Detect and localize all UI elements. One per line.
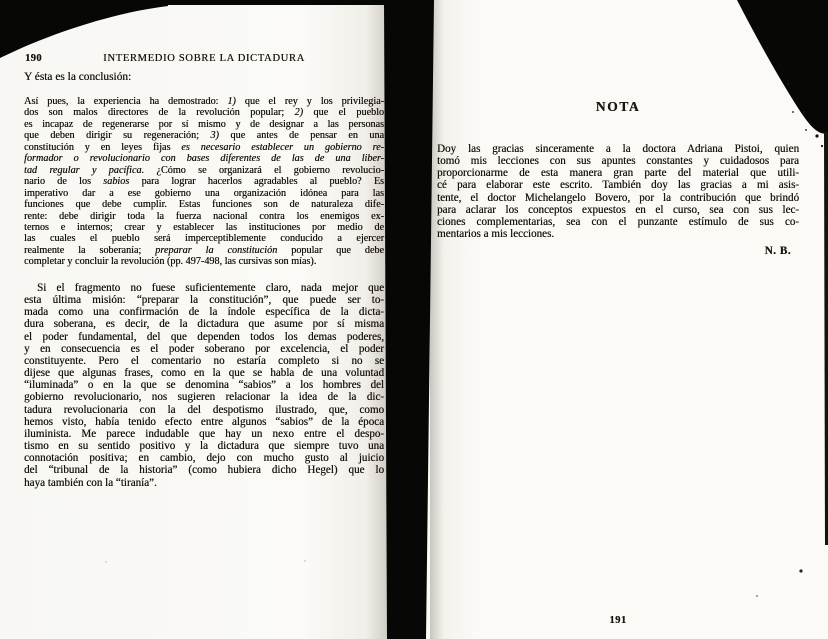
- text-line: constituyente. Pero el comentario no est…: [24, 355, 384, 367]
- block-quote: Así pues, la experiencia ha demostrado: …: [24, 96, 384, 268]
- text-line: gobierno revolucionario, nos sugieren re…: [24, 391, 384, 403]
- book-scan: 190 INTERMEDIO SOBRE LA DICTADURA Y ésta…: [0, 0, 828, 639]
- text-line: connotación positiva; en cambio, dejo co…: [24, 452, 384, 464]
- text-line: iluminista. Me parece indudable que hay …: [24, 428, 384, 440]
- text-line: realmente la soberanía; preparar la cons…: [24, 245, 384, 256]
- text-line: tad regular y pacífica. ¿Cómo se organiz…: [24, 165, 384, 176]
- text-line: el poder fundamental, del que dependen t…: [24, 331, 384, 343]
- text-line: cé para elaborar este escrito. También d…: [437, 179, 799, 191]
- text-line: constitución y en leyes fijas es necesar…: [24, 142, 384, 153]
- text-line: las cuales el pueblo será imperceptiblem…: [24, 233, 384, 244]
- right-page: NOTA Doy las gracias sinceramente a la d…: [430, 0, 828, 639]
- text-line: que deben dirigir su regeneración; 3) qu…: [24, 130, 384, 141]
- text-line: tadura revolucionaria con la del despoti…: [24, 404, 384, 416]
- text-line: esta última misión: “preparar la constit…: [24, 294, 384, 306]
- text-line: Doy las gracias sinceramente a la doctor…: [437, 143, 799, 155]
- text-line: dos son malos directores de la revolució…: [24, 107, 384, 118]
- intro-line: Y ésta es la conclusión:: [24, 71, 384, 83]
- text-line: del “tribunal de la historia” (como hubi…: [24, 464, 384, 476]
- scan-gutter-shadow: [384, 0, 434, 639]
- text-line: tente, el doctor Michelangelo Bovero, po…: [437, 192, 799, 204]
- running-header-title: INTERMEDIO SOBRE LA DICTADURA: [24, 53, 384, 64]
- text-line: mentarios a mis lecciones.: [437, 228, 799, 240]
- page-number-left: 190: [25, 53, 42, 64]
- text-line: tismo en su sentido positivo y la dictad…: [24, 440, 384, 452]
- text-line: ternos e internos; crear y establecer la…: [24, 222, 384, 233]
- text-line: es incapaz de regenerarse por sí mismo y…: [24, 119, 384, 130]
- text-line: nario de los sabios para lograr hacerlos…: [24, 176, 384, 187]
- body-paragraph: Si el fragmento no fuese suficientemente…: [24, 282, 384, 489]
- text-line: ciones complementarias, sea con el punza…: [437, 216, 799, 228]
- left-page: 190 INTERMEDIO SOBRE LA DICTADURA Y ésta…: [0, 0, 389, 639]
- signature-initials: N. B.: [437, 245, 791, 257]
- text-line: funciones que debe cumplir. Estas funcio…: [24, 199, 384, 210]
- text-line: dura soberana, es decir, de la dictadura…: [24, 318, 384, 330]
- text-line: y en consecuencia es el poder soberano p…: [24, 343, 384, 355]
- text-line: hemos visto, había tenido efecto entre a…: [24, 416, 384, 428]
- text-line: formador o revolucionario con bases dife…: [24, 153, 384, 164]
- text-line: Así pues, la experiencia ha demostrado: …: [24, 96, 384, 107]
- text-line: “iluminada” o en la que se denomina “sab…: [24, 379, 384, 391]
- running-head: 190 INTERMEDIO SOBRE LA DICTADURA: [24, 53, 384, 64]
- text-line: Si el fragmento no fuese suficientemente…: [24, 282, 384, 294]
- nota-paragraph: Doy las gracias sinceramente a la doctor…: [437, 143, 799, 240]
- text-line: mada como una confirmación de la índole …: [24, 306, 384, 318]
- page-number-right: 191: [437, 615, 799, 626]
- text-line: dijese que algunas frases, como en la qu…: [24, 367, 384, 379]
- text-line: haya también con la “tiranía”.: [24, 477, 384, 489]
- text-line: rente: debe dirigir toda la fuerza nacio…: [24, 211, 384, 222]
- text-line: tomó mis lecciones con sus apuntes const…: [437, 155, 799, 167]
- text-line: imperativo dar a ese gobierno una organi…: [24, 188, 384, 199]
- text-line: completar y concluir la revolución (pp. …: [24, 256, 384, 267]
- text-line: proporcionarme de esta manera gran parte…: [437, 167, 799, 179]
- chapter-heading: NOTA: [437, 99, 799, 115]
- text-line: para aclarar los conceptos expuestos en …: [437, 204, 799, 216]
